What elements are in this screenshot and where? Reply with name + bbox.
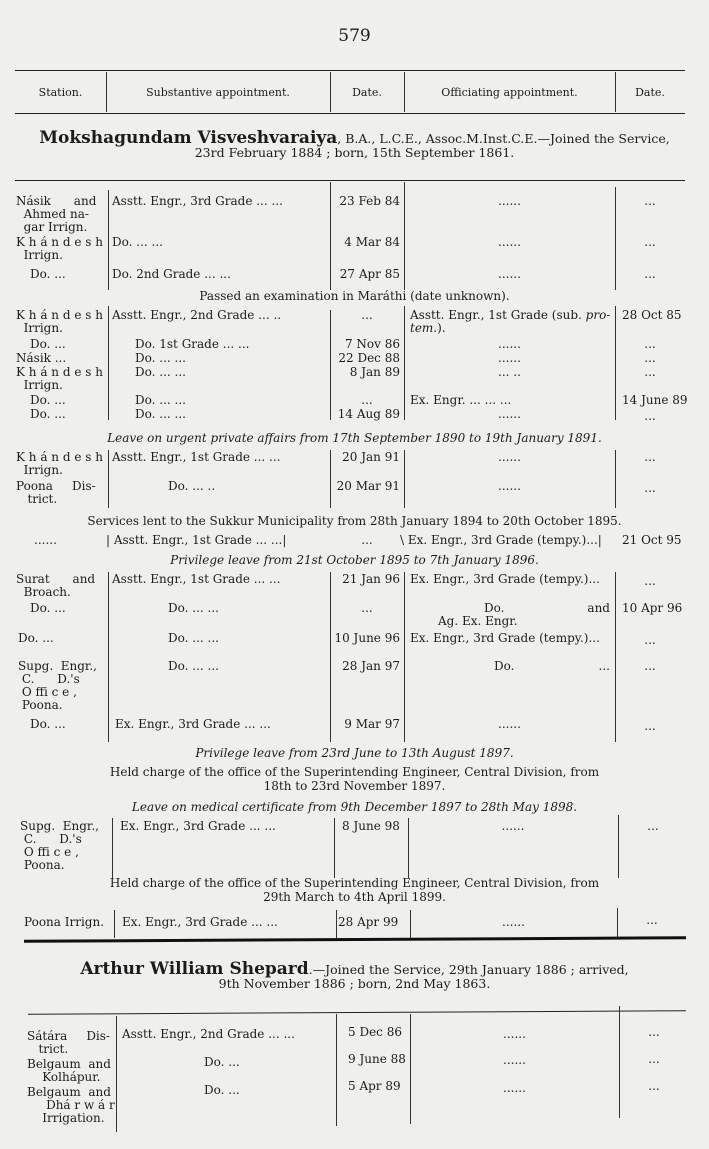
column-header-station: Station. <box>15 86 106 99</box>
officiating-cell: ...... <box>404 408 615 421</box>
officiating-date-cell: ... <box>615 660 685 673</box>
col-divider <box>108 306 109 420</box>
officiating-date-cell: 10 Apr 96 <box>622 602 682 615</box>
officiating-date-cell: ... <box>615 366 685 379</box>
station-cell: K h á n d e s h Irrign. <box>16 451 103 477</box>
station-cell: Násik ... <box>16 352 66 365</box>
col-divider <box>112 818 113 878</box>
officiating-cell: ...... <box>410 1028 619 1041</box>
officiating-date-cell: ... <box>615 482 685 495</box>
substantive-cell: Asstt. Engr., 1st Grade ... ... <box>112 573 281 586</box>
date-cell: 8 Jan 89 <box>334 366 400 379</box>
station-cell: K h á n d e s h Irrign. <box>16 366 103 392</box>
date-cell: 10 June 96 <box>334 632 400 645</box>
officiating-cell: ...... <box>404 718 615 731</box>
date-cell: 23 Feb 84 <box>334 195 400 208</box>
officiating-cell: ...... <box>404 236 615 249</box>
service-note: Passed an examination in Maráthi (date u… <box>0 289 709 303</box>
substantive-cell: Do. 2nd Grade ... ... <box>112 268 231 281</box>
station-cell: Belgaum and Dhá r w á r Irrigation. <box>27 1086 115 1125</box>
column-header-officiating-date: Date. <box>615 86 685 99</box>
leave-note: Leave on urgent private affairs from 17t… <box>0 431 709 445</box>
col-divider <box>108 190 109 290</box>
officiating-cell: ...... <box>410 916 617 929</box>
leave-note: Leave on medical certificate from 9th De… <box>0 800 709 814</box>
date-cell: 20 Mar 91 <box>334 480 400 493</box>
station-cell: Supg. Engr., C. D.'s O ffi c e , Poona. <box>18 660 97 712</box>
substantive-cell: Ex. Engr., 3rd Grade ... ... <box>120 820 276 833</box>
officiating-date-cell: ... <box>615 634 685 647</box>
station-cell: Do. ... <box>30 268 66 281</box>
officiating-cell: Ex. Engr., 3rd Grade (tempy.)... <box>410 573 600 586</box>
substantive-cell: Asstt. Engr., 1st Grade ... ... <box>112 451 281 464</box>
officiating-date-cell: 28 Oct 85 <box>622 309 682 322</box>
officiating-cell: ...... <box>404 480 615 493</box>
officiating-cell: Do.... <box>494 660 610 673</box>
substantive-cell: Asstt. Engr., 2nd Grade ... .. <box>112 309 281 322</box>
date-cell: 14 Aug 89 <box>334 408 400 421</box>
officiating-cell: Asstt. Engr., 1st Grade (sub. pro-tem.). <box>410 309 610 335</box>
station-cell: Belgaum and Kolhápur. <box>27 1058 111 1084</box>
date-cell: ... <box>330 534 404 547</box>
column-header-substantive: Substantive appointment. <box>106 86 330 99</box>
col-divider <box>114 910 115 938</box>
date-cell: 4 Mar 84 <box>334 236 400 249</box>
officer-separator-rule <box>24 936 686 942</box>
officiating-date-cell: ... <box>615 575 685 588</box>
column-header-officiating: Officiating appointment. <box>404 86 615 99</box>
date-cell: 27 Apr 85 <box>334 268 400 281</box>
station-cell: Supg. Engr., C. D.'s O ffi c e , Poona. <box>20 820 99 872</box>
officiating-date-cell: ... <box>618 820 688 833</box>
substantive-cell: | Asstt. Engr., 1st Grade ... ...| <box>106 534 286 547</box>
station-cell: Sátára Dis- trict. <box>27 1030 110 1056</box>
table-top-rule <box>15 70 685 71</box>
date-cell: ... <box>330 602 404 615</box>
substantive-cell: Do. ... .. <box>168 480 215 493</box>
officiating-cell: \ Ex. Engr., 3rd Grade (tempy.)...| <box>400 534 602 547</box>
officer-header: Mokshagundam Visveshvaraiya, B.A., L.C.E… <box>0 131 709 160</box>
date-cell: 22 Dec 88 <box>334 352 400 365</box>
substantive-cell: Asstt. Engr., 2nd Grade ... ... <box>122 1028 295 1041</box>
officiating-date-cell: ... <box>615 410 685 423</box>
substantive-cell: Do. ... <box>204 1084 240 1097</box>
officiating-cell: ... .. <box>404 366 615 379</box>
station-cell: Do. ... <box>30 718 66 731</box>
station-cell: Surat and Broach. <box>16 573 95 599</box>
section-rule <box>15 180 685 181</box>
date-cell: 5 Dec 86 <box>348 1026 402 1039</box>
officiating-date-cell: ... <box>615 451 685 464</box>
section-rule <box>28 1010 686 1014</box>
station-cell: ...... <box>34 534 57 547</box>
date-cell: 5 Apr 89 <box>348 1080 401 1093</box>
col-divider <box>116 1016 117 1132</box>
col-divider <box>334 818 335 878</box>
col-divider <box>615 572 616 742</box>
document-page: 579 Station. Substantive appointment. Da… <box>0 0 709 1149</box>
station-cell: Poona Irrign. <box>24 916 104 929</box>
date-cell: 28 Jan 97 <box>334 660 400 673</box>
service-note: Services lent to the Sukkur Municipality… <box>0 514 709 528</box>
substantive-cell: Do. 1st Grade ... ... <box>135 338 249 351</box>
col-divider <box>330 182 331 290</box>
station-cell: K h á n d e s h Irrign. <box>16 309 103 335</box>
officiating-date-cell: ... <box>619 1026 689 1039</box>
substantive-cell: Do. ... ... <box>135 394 186 407</box>
service-note: Held charge of the office of the Superin… <box>0 876 709 904</box>
date-cell: ... <box>330 394 404 407</box>
officiating-date-cell: ... <box>615 720 685 733</box>
officiating-cell: Ex. Engr., 3rd Grade (tempy.)... <box>410 632 600 645</box>
officiating-date-cell: ... <box>615 338 685 351</box>
date-cell: 8 June 98 <box>342 820 400 833</box>
col-divider <box>330 450 331 508</box>
page-number: 579 <box>0 26 709 46</box>
officiating-cell: ...... <box>410 1082 619 1095</box>
officiating-cell: ...... <box>404 338 615 351</box>
date-cell: 9 Mar 97 <box>334 718 400 731</box>
table-header-bottom-rule <box>15 113 685 114</box>
leave-note: Privilege leave from 23rd June to 13th A… <box>0 746 709 760</box>
col-divider <box>330 572 331 742</box>
substantive-cell: Do. ... <box>204 1056 240 1069</box>
substantive-cell: Do. ... ... <box>135 352 186 365</box>
officiating-date-cell: 14 June 89 <box>622 394 688 407</box>
officiating-date-cell: ... <box>615 236 685 249</box>
date-cell: 28 Apr 99 <box>338 916 398 929</box>
station-cell: Násik and Ahmed na- gar Irrign. <box>16 195 106 234</box>
officiating-date-cell: 21 Oct 95 <box>622 534 682 547</box>
officiating-date-cell: ... <box>615 195 685 208</box>
officiating-cell: Do.andAg. Ex. Engr. <box>410 602 610 628</box>
substantive-cell: Ex. Engr., 3rd Grade ... ... <box>115 718 271 731</box>
substantive-cell: Do. ... ... <box>168 632 219 645</box>
col-divider <box>336 910 337 938</box>
substantive-cell: Asstt. Engr., 3rd Grade ... ... <box>112 195 283 208</box>
station-cell: Do. ... <box>30 602 66 615</box>
substantive-cell: Ex. Engr., 3rd Grade ... ... <box>122 916 278 929</box>
station-cell: Do. ... <box>30 394 66 407</box>
date-cell: 20 Jan 91 <box>334 451 400 464</box>
col-divider <box>108 450 109 508</box>
station-cell: Poona Dis- trict. <box>16 480 96 506</box>
officiating-date-cell: ... <box>615 268 685 281</box>
substantive-cell: Do. ... ... <box>112 236 163 249</box>
substantive-cell: Do. ... ... <box>135 408 186 421</box>
officer-header: Arthur William Shepard.—Joined the Servi… <box>0 962 709 991</box>
station-cell: Do. ... <box>18 632 54 645</box>
substantive-cell: Do. ... ... <box>168 602 219 615</box>
officiating-cell: ...... <box>404 352 615 365</box>
service-note: Held charge of the office of the Superin… <box>0 765 709 793</box>
officiating-date-cell: ... <box>615 352 685 365</box>
station-cell: K h á n d e s h Irrign. <box>16 236 103 262</box>
col-divider <box>404 572 405 742</box>
column-header-date: Date. <box>330 86 404 99</box>
substantive-cell: Do. ... ... <box>168 660 219 673</box>
officiating-cell: ...... <box>410 1054 619 1067</box>
substantive-cell: Do. ... ... <box>135 366 186 379</box>
station-cell: Do. ... <box>30 408 66 421</box>
col-divider <box>108 572 109 742</box>
date-cell: 9 June 88 <box>348 1053 406 1066</box>
officiating-cell: Ex. Engr. ... ... ... <box>410 394 511 407</box>
officiating-cell: ...... <box>404 451 615 464</box>
col-divider <box>336 1014 337 1126</box>
officiating-date-cell: ... <box>619 1080 689 1093</box>
officiating-cell: ...... <box>404 268 615 281</box>
officiating-cell: ...... <box>404 195 615 208</box>
officiating-cell: ...... <box>408 820 618 833</box>
officiating-date-cell: ... <box>617 914 687 927</box>
date-cell: 7 Nov 86 <box>334 338 400 351</box>
date-cell: ... <box>330 309 404 322</box>
date-cell: 21 Jan 96 <box>334 573 400 586</box>
leave-note: Privilege leave from 21st October 1895 t… <box>0 553 709 567</box>
officiating-date-cell: ... <box>619 1053 689 1066</box>
station-cell: Do. ... <box>30 338 66 351</box>
